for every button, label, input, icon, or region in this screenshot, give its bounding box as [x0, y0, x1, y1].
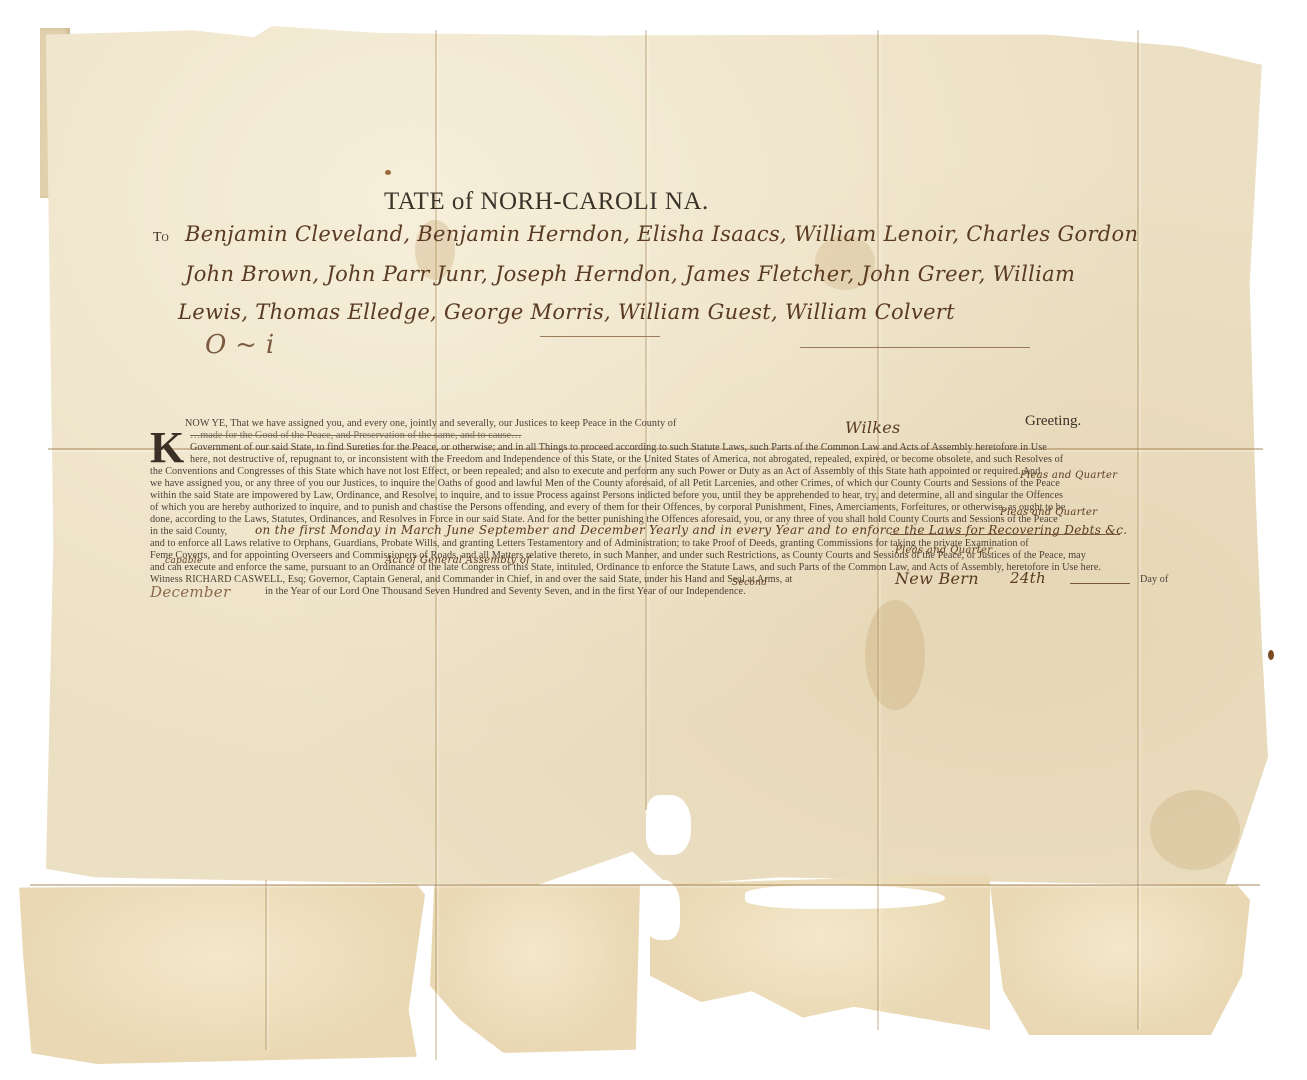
pen-flourish: O ~ i [205, 330, 274, 360]
torn-bottom-panel [15, 884, 425, 1064]
body-line: Witness RICHARD CASWELL, Esq; Governor, … [150, 574, 792, 586]
paper-hole [640, 880, 680, 940]
ink-spot [1268, 650, 1274, 660]
fold-line [265, 880, 267, 1050]
body-line: in the Year of our Lord One Thousand Sev… [265, 586, 746, 598]
handwritten-month: December [150, 583, 230, 601]
body-line: NOW YE, That we have assigned you, and e… [185, 418, 676, 430]
torn-bottom-panel [990, 885, 1250, 1035]
fold-line [30, 884, 1260, 886]
pen-stroke [890, 534, 1120, 535]
pen-stroke [540, 336, 660, 337]
body-line: here, not destructive of, repugnant to, … [190, 454, 1063, 466]
addressees-line-2: John Brown, John Parr Junr, Joseph Hernd… [185, 262, 1075, 286]
handwritten-courts-insert: Pleas and Quarter [895, 545, 992, 556]
body-line: within the said State are impowered by L… [150, 490, 1063, 502]
paper-tear [745, 885, 945, 909]
body-line: the Conventions and Congresses of this S… [150, 466, 1040, 478]
pen-stroke [1070, 583, 1130, 584]
paper-hole [646, 795, 691, 855]
body-line: we have assigned you, or any three of yo… [150, 478, 1060, 490]
handwritten-year-ordinal: Second [732, 578, 767, 588]
day-of-label: Day of [1140, 574, 1168, 586]
handwritten-day: 24th [1010, 569, 1046, 587]
handwritten-act-insert: Act of General Assembly of [385, 555, 530, 566]
body-line: of which you are hereby authorized to in… [150, 502, 1065, 514]
document-heading: TATE of NORH-CAROLI NA. [384, 188, 709, 216]
body-line: …made for the Good of the Peace, and Pre… [190, 430, 521, 442]
drop-cap: K [150, 428, 184, 468]
pen-stroke [800, 347, 1030, 348]
addressees-line-3: Lewis, Thomas Elledge, George Morris, Wi… [178, 300, 955, 324]
handwritten-capable: capable [165, 556, 203, 566]
handwritten-courts-insert: Pleas and Quarter [1020, 470, 1117, 481]
water-stain [865, 600, 925, 710]
greeting: Greeting. [1025, 413, 1081, 430]
handwritten-county: Wilkes [845, 418, 901, 437]
ink-spot [385, 170, 391, 175]
handwritten-courts-insert: Pleas and Quarter [1000, 507, 1097, 518]
handwritten-place: New Bern [895, 569, 979, 588]
addressees-line-1: Benjamin Cleveland, Benjamin Herndon, El… [185, 222, 1138, 246]
salutation: To [153, 230, 169, 246]
fold-line [1137, 30, 1139, 1030]
torn-bottom-panel [430, 885, 640, 1053]
body-line: in the said County, [150, 526, 227, 538]
document-photo: TATE of NORH-CAROLI NA. To Benjamin Clev… [0, 0, 1307, 1080]
body-line: Government of our said State, to find Su… [190, 442, 1047, 454]
water-stain [1150, 790, 1240, 870]
